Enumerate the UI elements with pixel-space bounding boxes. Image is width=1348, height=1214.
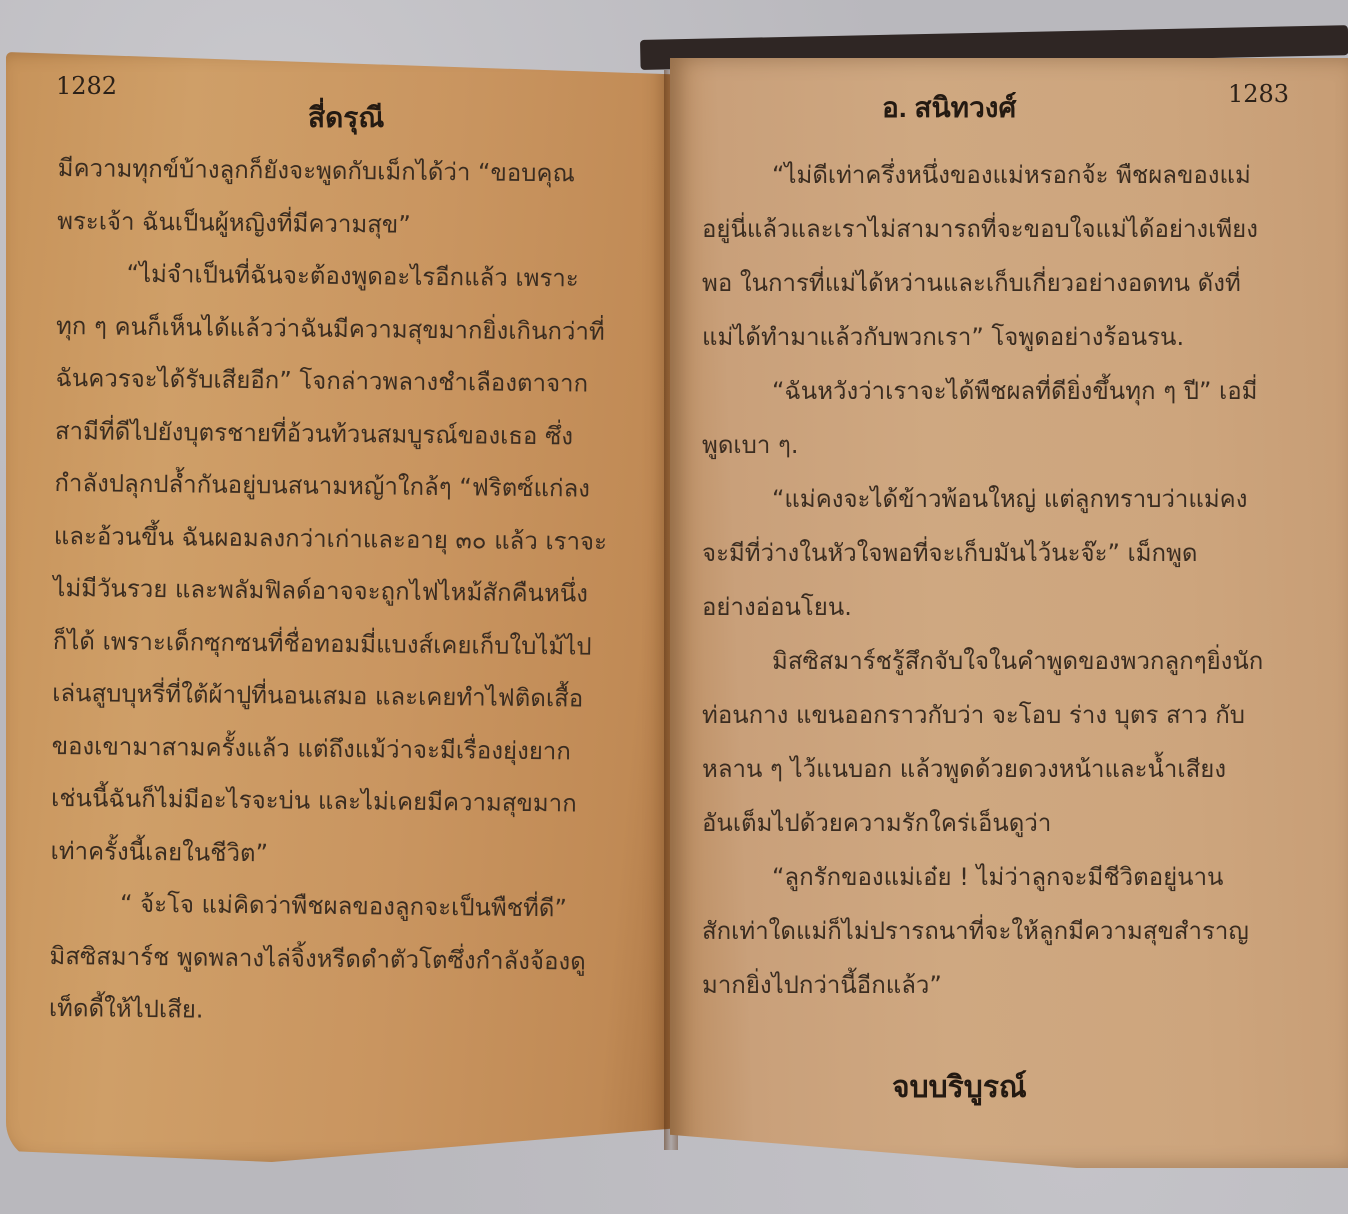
text-line: เท่าครั้งนี้เลยในชีวิต” [50, 824, 604, 882]
text-line: ท่อนกาง แขนออกราวกับว่า จะโอบ ร่าง บุตร … [702, 688, 1263, 742]
text-line: และอ้วนขึ้น ฉันผอมลงกว่าเก่าและอายุ ๓๐ แ… [54, 509, 608, 567]
text-line: ของเขามาสามครั้งแล้ว แต่ถึงแม้ว่าจะมีเรื… [51, 719, 605, 777]
text-line: “ไม่ดีเท่าครึ่งหนึ่งของแม่หรอกจ้ะ พืชผลข… [702, 148, 1263, 202]
text-line: หลาน ๆ ไว้แนบอก แล้วพูดด้วยดวงหน้าและน้ำ… [702, 742, 1263, 796]
text-line: “ฉันหวังว่าเราจะได้พืชผลที่ดียิ่งขึ้นทุก… [702, 364, 1263, 418]
text-line: ไม่มีวันรวย และพลัมฟิลด์อาจจะถูกไฟไหม้สั… [53, 562, 607, 620]
left-running-head: สี่ดรุณี [308, 96, 384, 140]
text-line: ทุก ๆ คนก็เห็นได้แล้วว่าฉันมีความสุขมากย… [56, 299, 610, 357]
text-line: มิสซิสมาร์ช พูดพลางไล่จิ้งหรีดดำตัวโตซึ่… [49, 929, 603, 987]
text-line: มิสซิสมาร์ชรู้สึกจับใจในคำพูดของพวกลูกๆย… [702, 634, 1263, 688]
left-body-text: มีความทุกข์บ้างลูกก็ยังจะพูดกับเม็กได้ว่… [49, 142, 611, 1040]
text-line: เช่นนี้ฉันก็ไม่มีอะไรจะบ่น และไม่เคยมีคว… [51, 772, 605, 830]
text-line: อันเต็มไปด้วยความรักใคร่เอ็นดูว่า [702, 796, 1263, 850]
text-line: “ลูกรักของแม่เอ๋ย ! ไม่ว่าลูกจะมีชีวิตอย… [702, 850, 1263, 904]
text-line: อยู่นี่แล้วและเราไม่สามารถที่จะขอบใจแม่ไ… [702, 202, 1263, 256]
right-page-number: 1283 [1228, 80, 1289, 108]
text-line: “ไม่จำเป็นที่ฉันจะต้องพูดอะไรอีกแล้ว เพร… [56, 247, 610, 305]
right-body-text: “ไม่ดีเท่าครึ่งหนึ่งของแม่หรอกจ้ะ พืชผลข… [702, 148, 1263, 1012]
text-line: สักเท่าใดแม่ก็ไม่ปรารถนาที่จะให้ลูกมีควา… [702, 904, 1263, 958]
right-running-head: อ. สนิทวงศ์ [882, 86, 1016, 130]
text-line: จะมีที่ว่างในหัวใจพอที่จะเก็บมันไว้นะจ๊ะ… [702, 526, 1263, 580]
text-line: เท็ดดี้ให้ไปเสีย. [49, 982, 603, 1040]
text-line: พูดเบา ๆ. [702, 418, 1263, 472]
text-line: เล่นสูบบุหรี่ที่ใต้ผ้าปูที่นอนเสมอ และเค… [52, 667, 606, 725]
text-line: สามีที่ดีไปยังบุตรชายที่อ้วนท้วนสมบูรณ์ข… [55, 404, 609, 462]
text-line: มีความทุกข์บ้างลูกก็ยังจะพูดกับเม็กได้ว่… [57, 142, 611, 200]
text-line: “แม่คงจะได้ข้าวพ้อนใหญ่ แต่ลูกทราบว่าแม่… [702, 472, 1263, 526]
text-line: แม่ได้ทำมาแล้วกับพวกเรา” โจพูดอย่างร้อนร… [702, 310, 1263, 364]
text-line: “ จ้ะโจ แม่คิดว่าพืชผลของลูกจะเป็นพืชที่… [50, 877, 604, 935]
end-mark: จบบริบูรณ์ [892, 1064, 1027, 1111]
text-line: อย่างอ่อนโยน. [702, 580, 1263, 634]
text-line: มากยิ่งไปกว่านี้อีกแล้ว” [702, 958, 1263, 1012]
text-line: พอ ในการที่แม่ได้หว่านและเก็บเกี่ยวอย่าง… [702, 256, 1263, 310]
text-line: ก็ได้ เพราะเด็กซุกซนที่ชื่อทอมมี่แบงส์เค… [53, 614, 607, 672]
text-line: พระเจ้า ฉันเป็นผู้หญิงที่มีความสุข” [57, 194, 611, 252]
text-line: กำลังปลุกปล้ำกันอยู่บนสนามหญ้าใกล้ๆ “ฟริ… [54, 457, 608, 515]
left-page-number: 1282 [56, 72, 117, 100]
open-book: 1282 สี่ดรุณี มีความทุกข์บ้างลูกก็ยังจะพ… [0, 0, 1348, 1214]
text-line: ฉันควรจะได้รับเสียอีก” โจกล่าวพลางชำเลือ… [55, 352, 609, 410]
